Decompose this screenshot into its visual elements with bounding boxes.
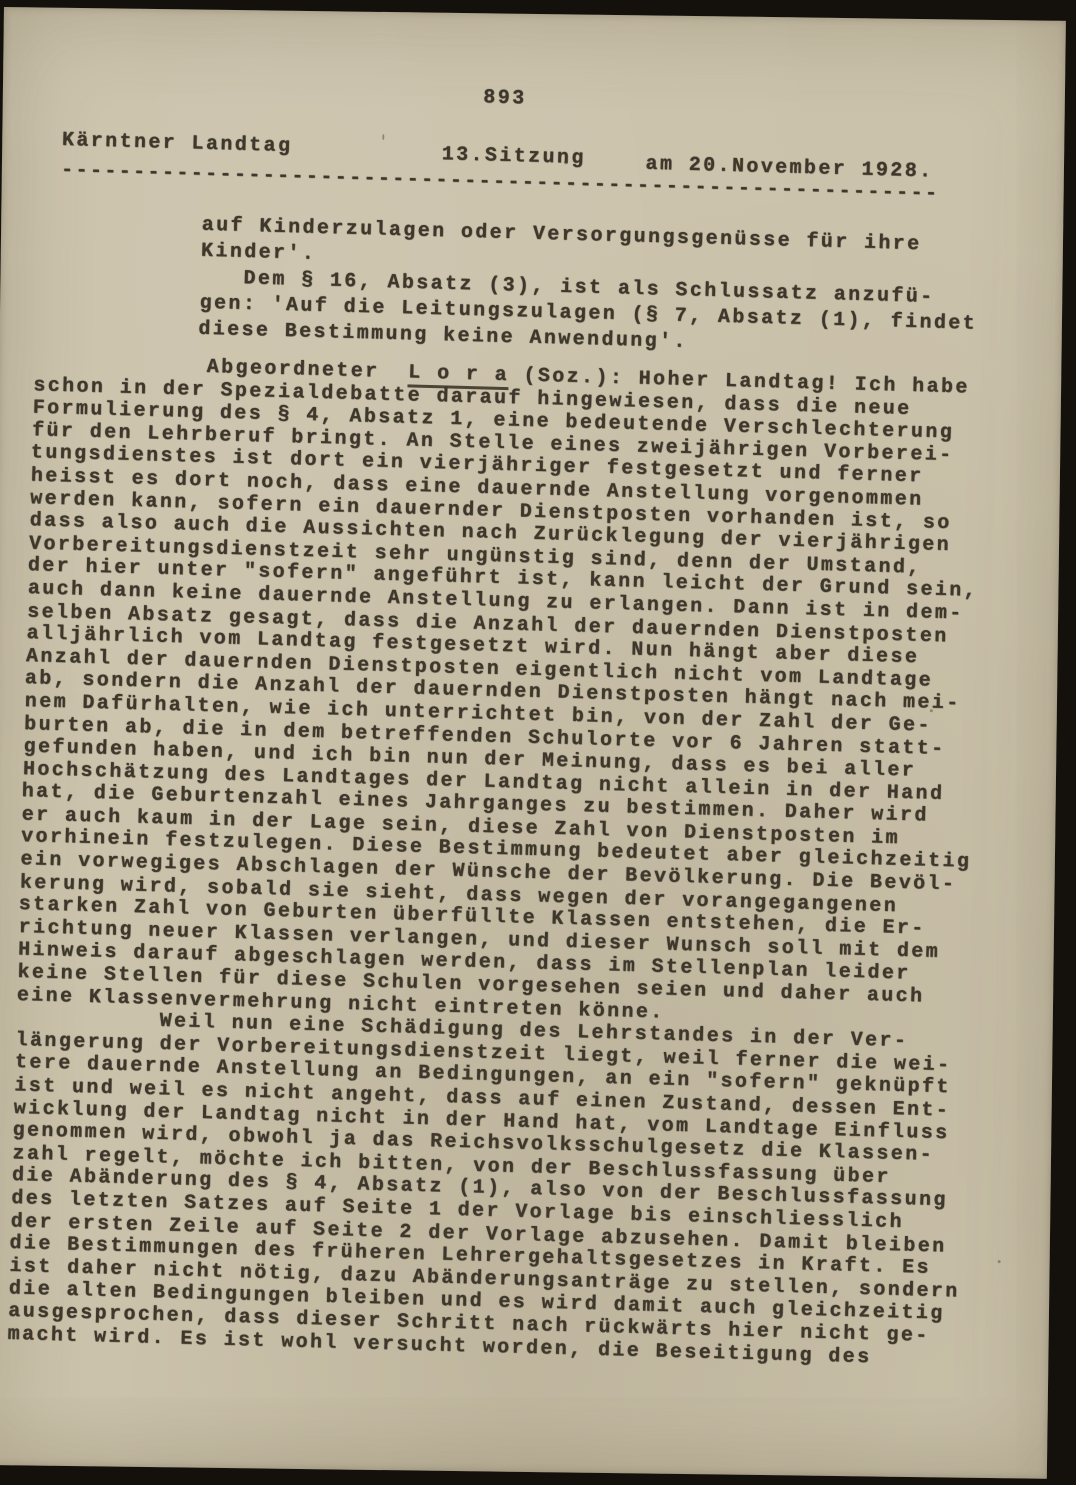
parliament-title: Kärntner Landtag (62, 129, 293, 158)
speech-text-block: Abgeordneter L o r a (Soz.): Hoher Landt… (7, 352, 984, 1371)
page-number: 893 (483, 86, 527, 110)
session-number: 13.Sitzung (441, 143, 586, 170)
typewritten-content: 893 Kärntner Landtag 13.Sitzung am 20.No… (0, 56, 1076, 1405)
amendment-text-block: auf Kinderzulagen oder Versorgungsgenüss… (199, 213, 980, 364)
scanned-page-background: 893 Kärntner Landtag 13.Sitzung am 20.No… (0, 0, 1076, 1485)
